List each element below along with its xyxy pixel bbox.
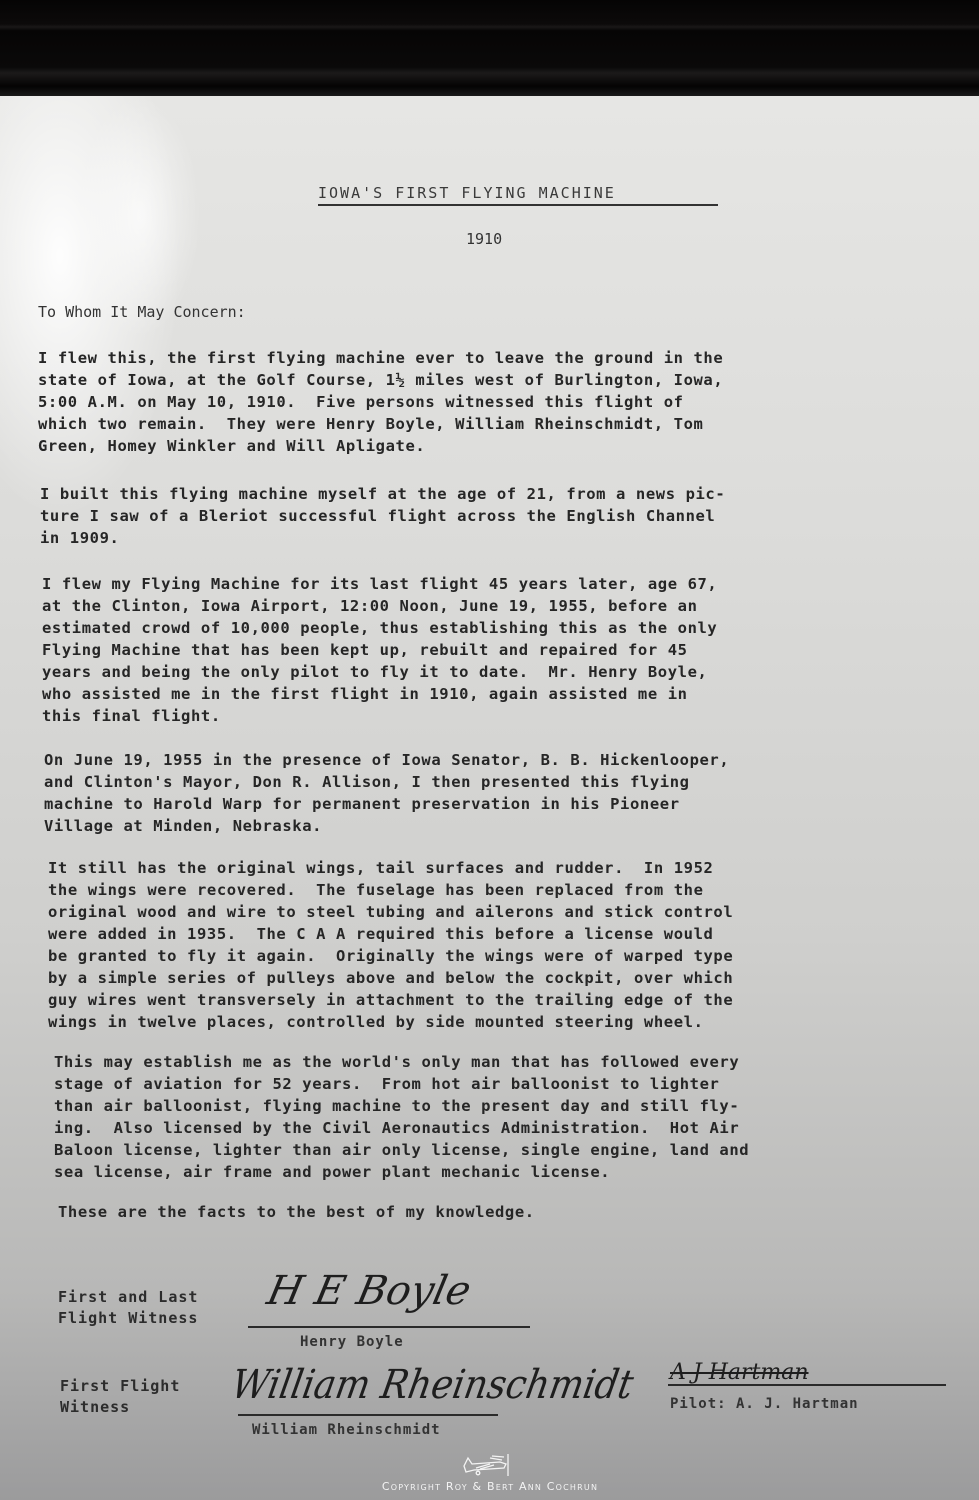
printed-name-henry-boyle: Henry Boyle — [300, 1334, 404, 1350]
signature-line — [238, 1414, 498, 1416]
paragraph-first-flight: I flew this, the first flying machine ev… — [38, 347, 723, 457]
framed-letter: IOWA'S FIRST FLYING MACHINE 1910 To Whom… — [0, 0, 979, 1500]
document-title: IOWA'S FIRST FLYING MACHINE — [318, 184, 718, 206]
salutation: To Whom It May Concern: — [38, 303, 246, 321]
signature-henry-boyle: H E Boyle — [263, 1268, 475, 1314]
closing-statement: These are the facts to the best of my kn… — [58, 1203, 535, 1221]
signature-line — [248, 1326, 530, 1328]
signature-aj-hartman: A J Hartman — [670, 1360, 809, 1385]
signature-william-rheinschmidt: William Rheinschmidt — [228, 1362, 637, 1408]
paragraph-last-flight: I flew my Flying Machine for its last fl… — [42, 573, 717, 727]
signature-line — [668, 1384, 946, 1386]
paragraph-restoration: It still has the original wings, tail su… — [48, 857, 733, 1033]
printed-name-william-rheinschmidt: William Rheinschmidt — [252, 1422, 441, 1438]
airplane-icon — [460, 1452, 516, 1478]
witness-label-first: First Flight Witness — [60, 1376, 180, 1418]
paragraph-aviation-career: This may establish me as the world's onl… — [54, 1051, 749, 1183]
witness-label-first-last: First and Last Flight Witness — [58, 1287, 198, 1329]
document-year: 1910 — [466, 230, 502, 248]
printed-name-pilot-hartman: Pilot: A. J. Hartman — [670, 1396, 859, 1412]
paragraph-presentation: On June 19, 1955 in the presence of Iowa… — [44, 749, 729, 837]
copyright-watermark: Copyright Roy & Bert Ann Cochrun — [360, 1480, 620, 1493]
paragraph-built-machine: I built this flying machine myself at th… — [40, 483, 725, 549]
